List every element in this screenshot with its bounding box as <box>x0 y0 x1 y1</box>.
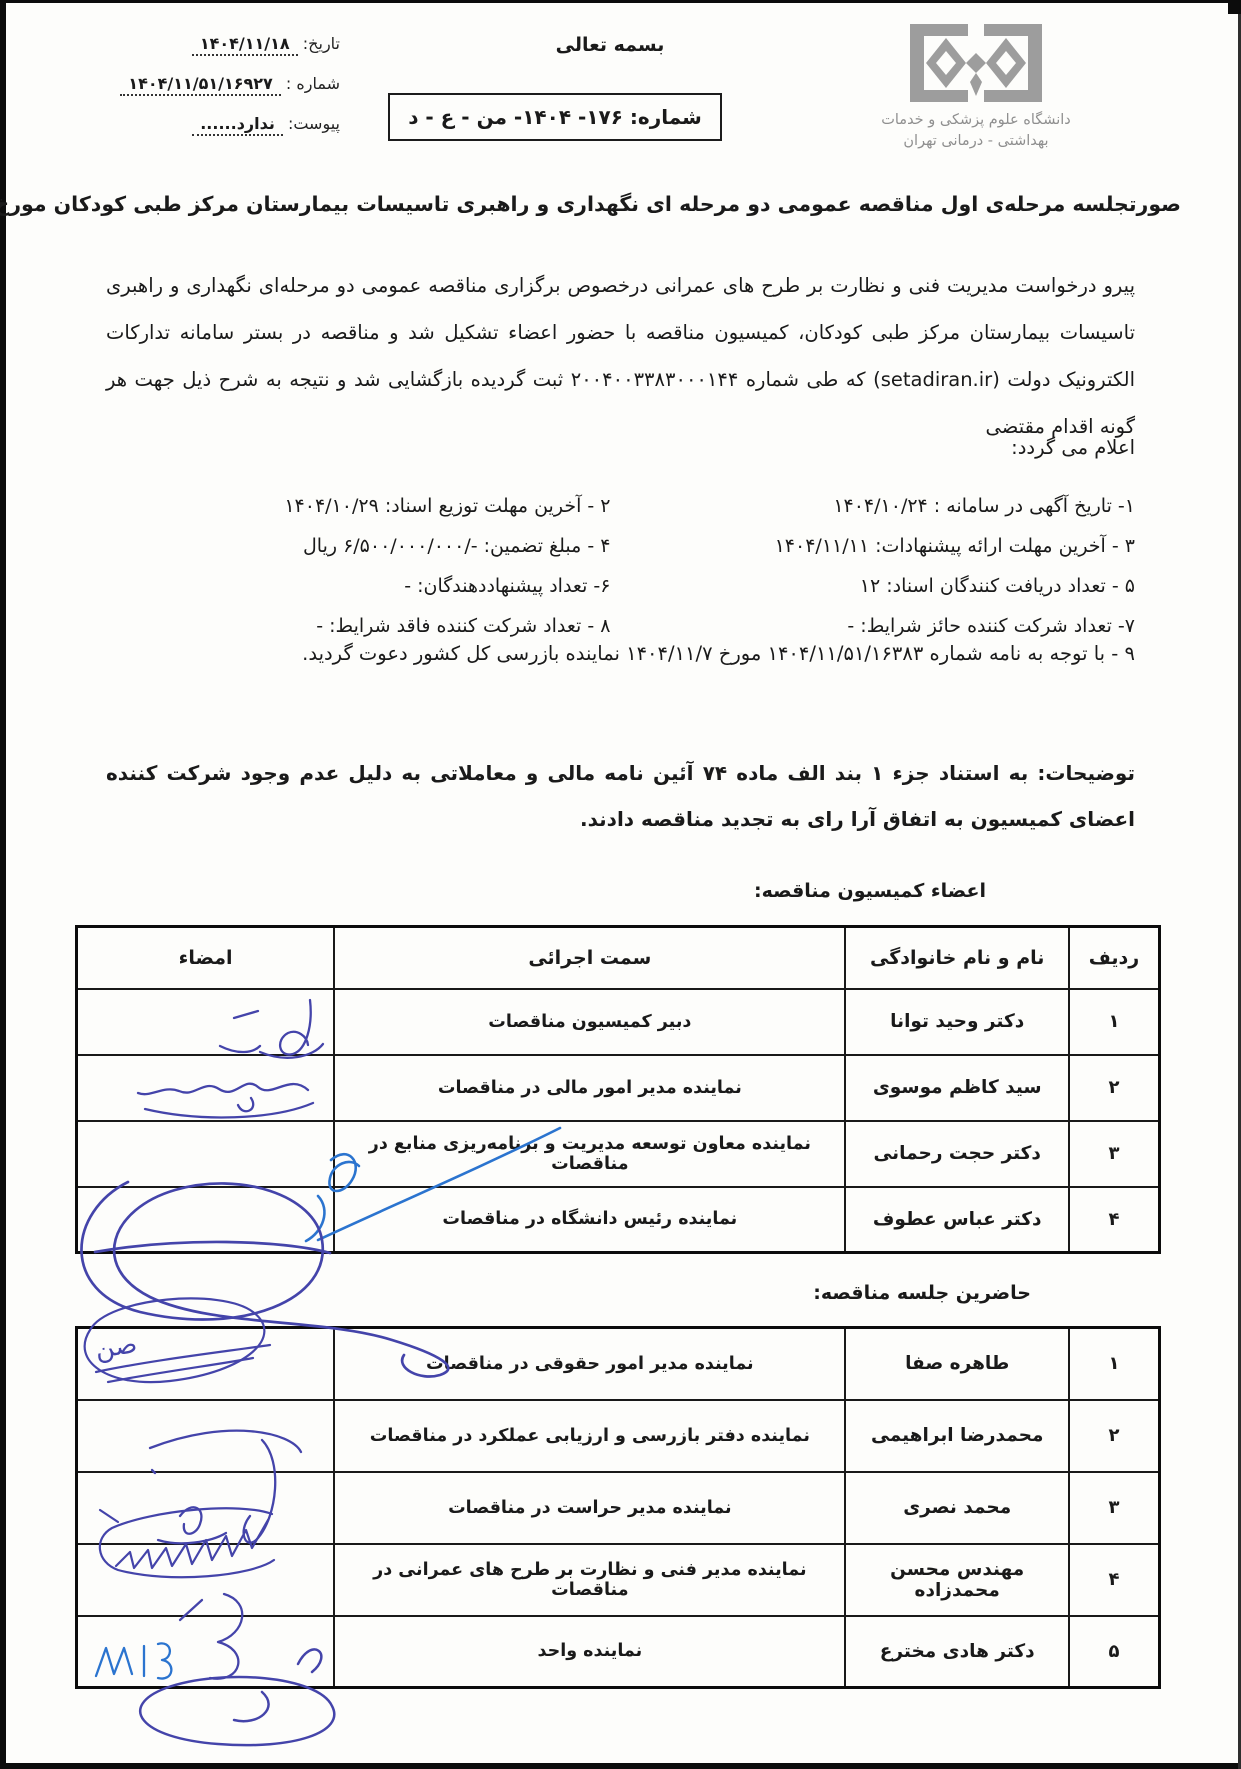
member-name: سید کاظم موسوی <box>845 1055 1068 1121</box>
signature-cell <box>77 1616 335 1688</box>
signature-cell <box>77 1187 335 1253</box>
org-name: دانشگاه علوم پزشکی و خدمات بهداشتی - درم… <box>851 110 1101 152</box>
number-value: ۱۴۰۴/۱۱/۵۱/۱۶۹۲۷ <box>120 74 280 96</box>
row-number: ۲ <box>1069 1400 1160 1472</box>
row-number: ۴ <box>1069 1544 1160 1616</box>
attendee-position: نماینده دفتر بازرسی و ارزیابی عملکرد در … <box>334 1400 845 1472</box>
attendees-table: ۱ طاهره صفا نماینده مدیر امور حقوقی در م… <box>75 1326 1161 1689</box>
signature-cell <box>77 1544 335 1616</box>
row-number: ۳ <box>1069 1121 1160 1187</box>
notes-paragraph: توضیحات: به استناد جزء ۱ بند الف ماده ۷۴… <box>106 750 1135 842</box>
list-item-9: ۹ - با توجه به نامه شماره ۱۴۰۴/۱۱/۵۱/۱۶۳… <box>106 642 1135 665</box>
signature-cell <box>77 1472 335 1544</box>
table-row: ۳ دکتر حجت رحمانی نماینده معاون توسعه مد… <box>77 1121 1160 1187</box>
table-row: ۲ سید کاظم موسوی نماینده مدیر امور مالی … <box>77 1055 1160 1121</box>
commission-table: ردیف نام و نام خانوادگی سمت اجرائی امضاء… <box>75 925 1161 1254</box>
scan-edge-bottom <box>0 1763 1241 1769</box>
signature-cell <box>77 1055 335 1121</box>
attachment-line: پیوست: ندارد...... <box>72 104 340 144</box>
list-item: ۵ - تعداد دریافت کنندگان اسناد: ۱۲ <box>631 566 1136 606</box>
table-header-row: ردیف نام و نام خانوادگی سمت اجرائی امضاء <box>77 927 1160 989</box>
row-number: ۴ <box>1069 1187 1160 1253</box>
attendee-name: محمدرضا ابراهیمی <box>845 1400 1068 1472</box>
member-position: نماینده معاون توسعه مدیریت و برنامه‌ریزی… <box>334 1121 845 1187</box>
col-header-row-number: ردیف <box>1069 927 1160 989</box>
document-title: صورتجلسه مرحله‌ی اول مناقصه عمومی دو مرح… <box>60 192 1181 216</box>
signature-cell <box>77 989 335 1055</box>
org-name-line1: دانشگاه علوم پزشکی و خدمات <box>851 110 1101 131</box>
member-position: نماینده مدیر امور مالی در مناقصات <box>334 1055 845 1121</box>
attendee-position: نماینده واحد <box>334 1616 845 1688</box>
col-header-signature: امضاء <box>77 927 335 989</box>
date-label: تاریخ: <box>303 34 340 53</box>
member-position: دبیر کمیسیون مناقصات <box>334 989 845 1055</box>
col-header-position: سمت اجرائی <box>334 927 845 989</box>
attendee-name: طاهره صفا <box>845 1328 1068 1400</box>
row-number: ۱ <box>1069 989 1160 1055</box>
letterhead-meta: تاریخ: ۱۴۰۴/۱۱/۱۸ شماره : ۱۴۰۴/۱۱/۵۱/۱۶۹… <box>72 24 340 144</box>
signature-cell <box>77 1121 335 1187</box>
doc-number-box: شماره: ۱۷۶- ۱۴۰۴- من - ع - د <box>388 93 722 141</box>
list-item: ۱- تاریخ آگهی در سامانه : ۱۴۰۴/۱۰/۲۴ <box>631 486 1136 526</box>
commission-heading: اعضاء کمیسیون مناقصه: <box>754 880 986 902</box>
basmala-text: بسمه تعالی <box>390 34 830 56</box>
list-item: ۸ - تعداد شرکت کننده فاقد شرایط: - <box>106 606 611 646</box>
member-name: دکتر حجت رحمانی <box>845 1121 1068 1187</box>
table-row: ۱ طاهره صفا نماینده مدیر امور حقوقی در م… <box>77 1328 1160 1400</box>
attendee-name: دکتر هادی مخترع <box>845 1616 1068 1688</box>
signature-cell <box>77 1328 335 1400</box>
signature-cell <box>77 1400 335 1472</box>
table-row: ۴ دکتر عباس عطوف نماینده رئیس دانشگاه در… <box>77 1187 1160 1253</box>
attachment-label: پیوست: <box>288 114 340 133</box>
attendee-name: محمد نصری <box>845 1472 1068 1544</box>
table-row: ۱ دکتر وحید توانا دبیر کمیسیون مناقصات <box>77 989 1160 1055</box>
attendees-heading: حاضرین جلسه مناقصه: <box>813 1282 1031 1304</box>
member-name: دکتر عباس عطوف <box>845 1187 1068 1253</box>
body-paragraph-tail: اعلام می گردد: <box>1011 436 1135 459</box>
attendee-position: نماینده مدیر امور حقوقی در مناقصات <box>334 1328 845 1400</box>
list-item: ۶- تعداد پیشنهاددهندگان: - <box>106 566 611 606</box>
date-line: تاریخ: ۱۴۰۴/۱۱/۱۸ <box>72 24 340 64</box>
row-number: ۳ <box>1069 1472 1160 1544</box>
row-number: ۱ <box>1069 1328 1160 1400</box>
number-line: شماره : ۱۴۰۴/۱۱/۵۱/۱۶۹۲۷ <box>72 64 340 104</box>
attendee-position: نماینده مدیر فنی و نظارت بر طرح های عمرا… <box>334 1544 845 1616</box>
scan-edge-top <box>0 0 1241 3</box>
scan-edge-corner <box>1228 0 1241 14</box>
table-row: ۴ مهندس محسن محمدزاده نماینده مدیر فنی و… <box>77 1544 1160 1616</box>
row-number: ۵ <box>1069 1616 1160 1688</box>
attendee-position: نماینده مدیر حراست در مناقصات <box>334 1472 845 1544</box>
university-logo-block: دانشگاه علوم پزشکی و خدمات بهداشتی - درم… <box>851 20 1101 152</box>
list-item: ۲ - آخرین مهلت توزیع اسناد: ۱۴۰۴/۱۰/۲۹ <box>106 486 611 526</box>
org-name-line2: بهداشتی - درمانی تهران <box>851 131 1101 152</box>
member-position: نماینده رئیس دانشگاه در مناقصات <box>334 1187 845 1253</box>
row-number: ۲ <box>1069 1055 1160 1121</box>
number-label: شماره : <box>286 74 340 93</box>
attendee-name: مهندس محسن محمدزاده <box>845 1544 1068 1616</box>
document-page: تاریخ: ۱۴۰۴/۱۱/۱۸ شماره : ۱۴۰۴/۱۱/۵۱/۱۶۹… <box>0 0 1241 1769</box>
list-item: ۴ - مبلغ تضمین: -/۶/۵۰۰/۰۰۰/۰۰۰ ریال <box>106 526 611 566</box>
table-row: ۲ محمدرضا ابراهیمی نماینده دفتر بازرسی و… <box>77 1400 1160 1472</box>
table-row: ۳ محمد نصری نماینده مدیر حراست در مناقصا… <box>77 1472 1160 1544</box>
attachment-value: ندارد...... <box>192 114 283 136</box>
list-item: ۳ - آخرین مهلت ارائه پیشنهادات: ۱۴۰۴/۱۱/… <box>631 526 1136 566</box>
university-emblem-icon <box>906 20 1046 106</box>
member-name: دکتر وحید توانا <box>845 989 1068 1055</box>
body-paragraph: پیرو درخواست مدیریت فنی و نظارت بر طرح ه… <box>106 262 1135 450</box>
tender-items-list: ۱- تاریخ آگهی در سامانه : ۱۴۰۴/۱۰/۲۴ ۲ -… <box>106 486 1135 646</box>
scan-edge-left <box>0 0 6 1769</box>
list-item: ۷- تعداد شرکت کننده حائز شرایط: - <box>631 606 1136 646</box>
date-value: ۱۴۰۴/۱۱/۱۸ <box>192 34 298 56</box>
col-header-name: نام و نام خانوادگی <box>845 927 1068 989</box>
table-row: ۵ دکتر هادی مخترع نماینده واحد <box>77 1616 1160 1688</box>
